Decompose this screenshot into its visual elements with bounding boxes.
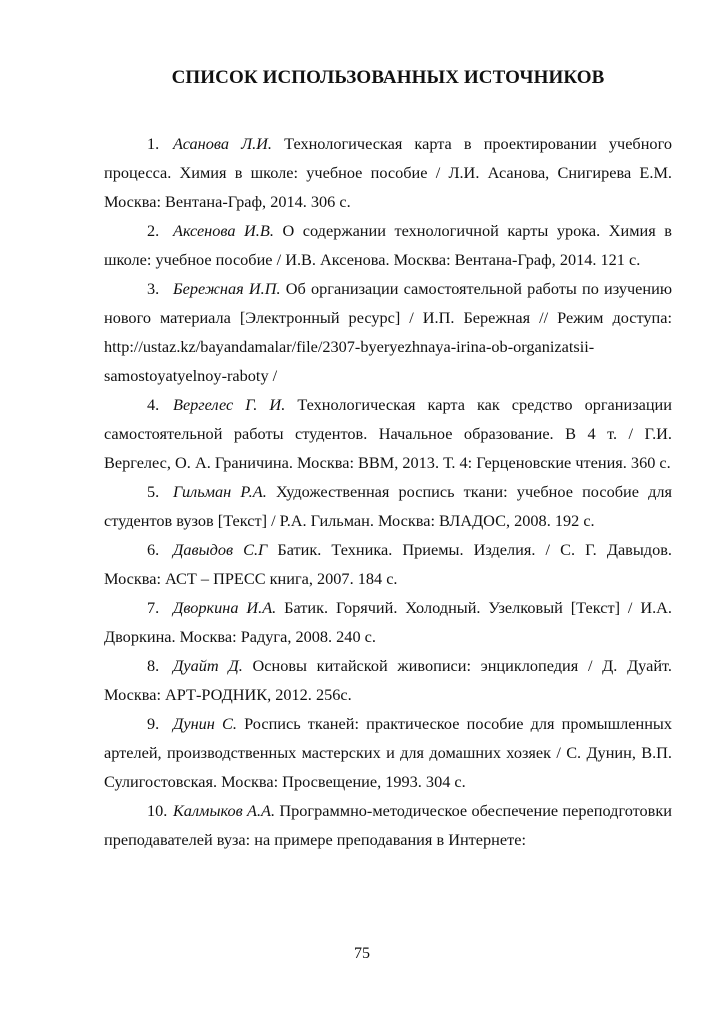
reference-item: 3.Бережная И.П. Об организации самостоят… [104, 274, 672, 390]
reference-author: Дунин С. [173, 714, 237, 733]
reference-author: Асанова Л.И. [173, 134, 272, 153]
reference-item: 10.Калмыков А.А. Программно-методическое… [104, 796, 672, 854]
reference-item: 9.Дунин С. Роспись тканей: практическое … [104, 709, 672, 796]
reference-author: Гильман Р.А. [173, 482, 267, 501]
reference-item: 2.Аксенова И.В. О содержании технологичн… [104, 216, 672, 274]
reference-author: Аксенова И.В. [173, 221, 274, 240]
document-page: СПИСОК ИСПОЛЬЗОВАННЫХ ИСТОЧНИКОВ 1.Асано… [104, 64, 672, 854]
reference-item: 7.Дворкина И.А. Батик. Горячий. Холодный… [104, 593, 672, 651]
page-title: СПИСОК ИСПОЛЬЗОВАННЫХ ИСТОЧНИКОВ [104, 64, 672, 92]
reference-number: 4. [147, 390, 173, 419]
reference-list: 1.Асанова Л.И. Технологическая карта в п… [104, 129, 672, 854]
reference-item: 1.Асанова Л.И. Технологическая карта в п… [104, 129, 672, 216]
reference-author: Давыдов С.Г [173, 540, 267, 559]
reference-author: Дуайт Д. [173, 656, 243, 675]
reference-number: 2. [147, 216, 173, 245]
reference-number: 1. [147, 129, 173, 158]
reference-number: 7. [147, 593, 173, 622]
reference-item: 8.Дуайт Д. Основы китайской живописи: эн… [104, 651, 672, 709]
reference-item: 5.Гильман Р.А. Художественная роспись тк… [104, 477, 672, 535]
reference-author: Вергелес Г. И. [173, 395, 285, 414]
reference-author: Дворкина И.А. [173, 598, 276, 617]
reference-item: 4.Вергелес Г. И. Технологическая карта к… [104, 390, 672, 477]
reference-item: 6.Давыдов С.Г Батик. Техника. Приемы. Из… [104, 535, 672, 593]
reference-author: Калмыков А.А. [173, 801, 275, 820]
reference-number: 10. [147, 796, 173, 825]
page-number: 75 [0, 945, 724, 963]
reference-author: Бережная И.П. [173, 279, 281, 298]
reference-number: 8. [147, 651, 173, 680]
reference-number: 5. [147, 477, 173, 506]
reference-number: 6. [147, 535, 173, 564]
reference-number: 9. [147, 709, 173, 738]
reference-number: 3. [147, 274, 173, 303]
